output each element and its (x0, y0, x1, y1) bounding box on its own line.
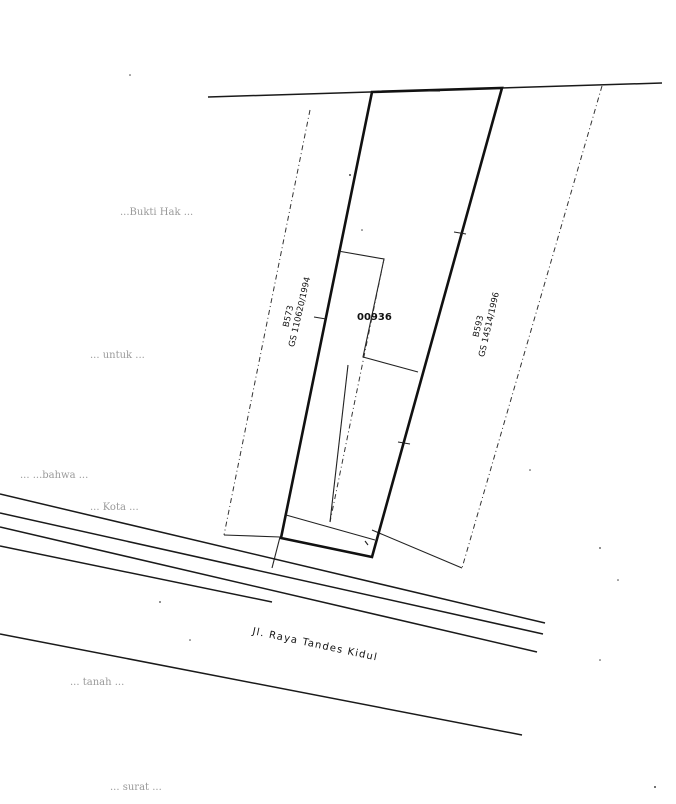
faded-text-line: ... Kota ... (90, 502, 139, 513)
faded-text-line: ...Bukti Hak ... (120, 207, 193, 218)
scan-noise (129, 74, 656, 788)
bleed-through-text: ...Bukti Hak ... ... untuk ... ... ...ba… (20, 207, 193, 793)
road (0, 494, 545, 735)
road-name-label: Jl. Raya Tandes Kidul (250, 626, 378, 664)
road-edge-line (0, 513, 543, 634)
left-neighbor-bottom (224, 535, 280, 537)
road-edge-line (0, 546, 272, 602)
survey-map: ...Bukti Hak ... ... untuk ... ... ...ba… (0, 0, 676, 804)
faded-text-line: ... untuk ... (90, 350, 145, 361)
right-neighbor-bottom (372, 530, 462, 568)
parcel-id-label: 00936 (357, 312, 392, 323)
right-neighbor-label: B593 GS 14514/1996 (468, 289, 502, 358)
interior-dashed-line (330, 259, 384, 522)
left-neighbor-frontage (272, 537, 280, 568)
road-edge-line (0, 494, 545, 623)
faded-text-line: ... tanah ... (70, 677, 124, 688)
interior-line (330, 365, 348, 522)
faded-text-line: ... ...bahwa ... (20, 470, 88, 481)
faded-text-line: ... surat ... (110, 782, 162, 793)
left-neighbor-label: B573 GS 110620/1994 (278, 274, 314, 348)
road-name: Jl. Raya Tandes Kidul (250, 626, 378, 664)
